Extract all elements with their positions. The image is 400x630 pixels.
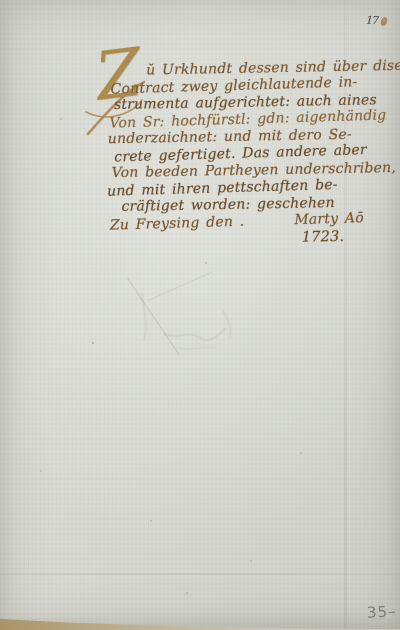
folio-number: 17 [366,14,379,28]
handwritten-text-block: ŭ Urkhundt dessen sind über disen Contra… [106,58,368,251]
vertical-crease [344,0,347,630]
ink-stain [380,16,388,26]
ink-bleed-through [104,288,254,363]
manuscript-year: 1723. [110,228,368,250]
horizontal-crease [0,573,400,575]
manuscript-page: 17 Z ŭ Urkhundt dessen sind über disen C… [0,0,400,630]
paper-specks [0,0,2,2]
page-bottom-edge [0,612,400,630]
dateline-month: Marty Aō [294,210,364,229]
pencil-page-number: 35– [367,602,397,622]
